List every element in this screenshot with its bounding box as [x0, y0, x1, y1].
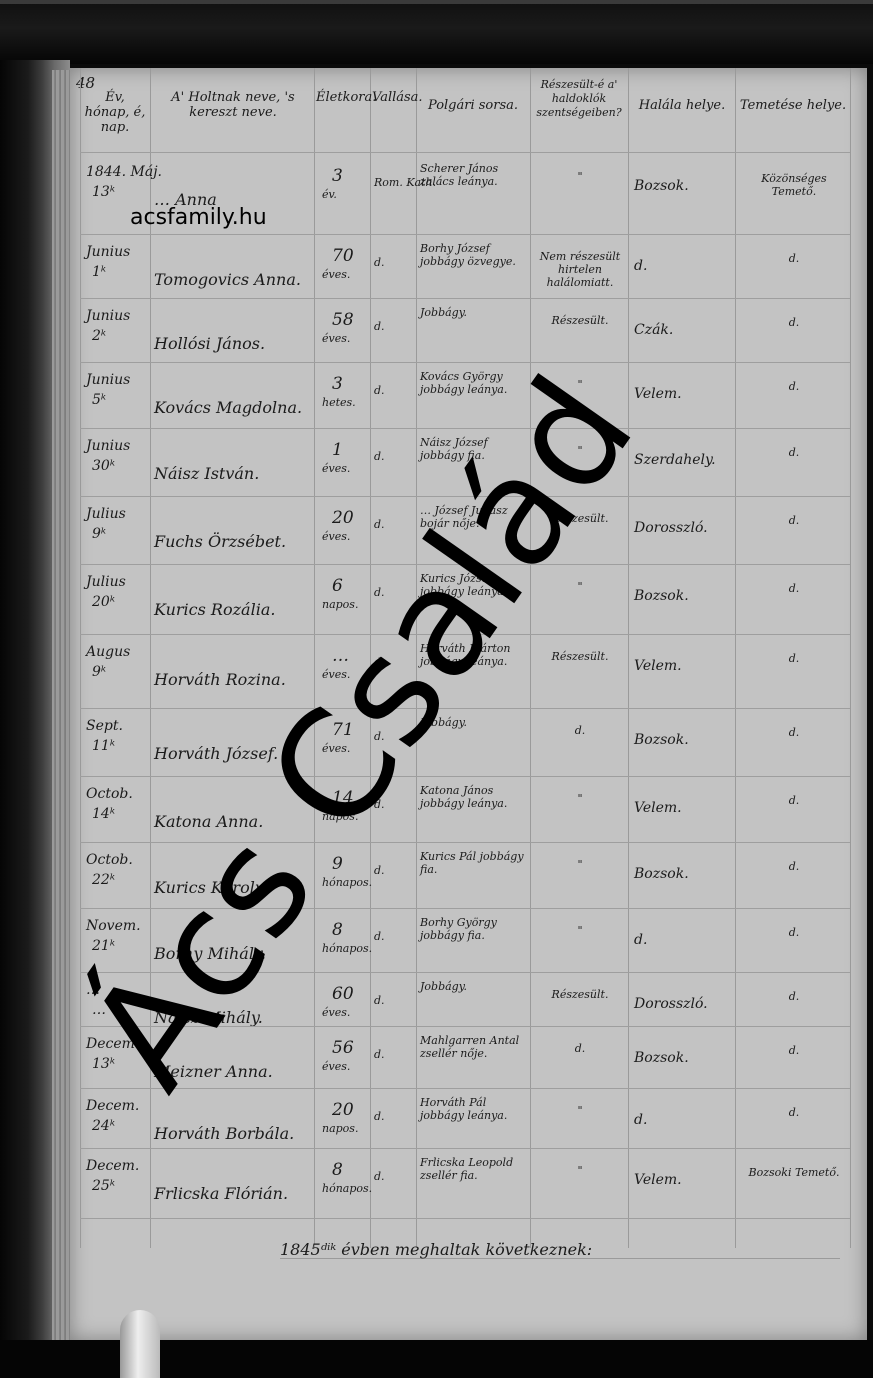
- entry-age-unit: hónapos.: [322, 942, 372, 955]
- column-divider: [628, 68, 629, 1248]
- entry-day: 25ᵏ: [92, 1178, 115, 1194]
- entry-month: Junius: [86, 244, 130, 260]
- entry-age-unit: hónapos.: [322, 1182, 372, 1195]
- entry-age-number: 3: [332, 168, 343, 184]
- row-rule: [80, 362, 850, 363]
- entry-age-unit: éves.: [322, 332, 350, 345]
- entry-death-place: Dorosszló.: [634, 520, 708, 536]
- entry-burial-place: d.: [742, 514, 846, 527]
- entry-sacraments: ": [534, 792, 626, 805]
- entry-death-place: Bozsok.: [634, 178, 689, 194]
- entry-sacraments: ": [534, 924, 626, 937]
- entry-name: Fuchs Örzsébet.: [154, 534, 286, 550]
- entry-death-place: Czák.: [634, 322, 673, 338]
- header-religion: Vallása.: [372, 90, 414, 105]
- entry-day: 13ᵏ: [92, 1056, 115, 1072]
- entry-death-place: Bozsok.: [634, 866, 689, 882]
- header-age: Életkora.: [316, 90, 368, 105]
- entry-name: Kurics Rozália.: [154, 602, 275, 618]
- entry-religion: d.: [374, 450, 385, 463]
- entry-burial-place: d.: [742, 794, 846, 807]
- entry-religion: d.: [374, 1048, 385, 1061]
- entry-status: Katona János jobbágy leánya.: [420, 784, 526, 810]
- entry-death-place: Velem.: [634, 658, 682, 674]
- entry-burial-place: d.: [742, 652, 846, 665]
- entry-death-place: d.: [634, 932, 647, 948]
- header-status: Polgári sorsa.: [418, 98, 528, 113]
- entry-status: Borhy József jobbágy özvegye.: [420, 242, 526, 268]
- entry-age-unit: év.: [322, 188, 337, 201]
- entry-name: Frlicska Flórián.: [154, 1186, 288, 1202]
- watermark-site: acsfamily.hu: [130, 205, 267, 230]
- entry-month: Junius: [86, 372, 130, 388]
- entry-sacraments: Részesült.: [534, 988, 626, 1001]
- column-divider: [530, 68, 531, 1248]
- entry-month: Julius: [86, 506, 126, 522]
- entry-religion: d.: [374, 994, 385, 1007]
- row-rule: [80, 1218, 850, 1219]
- column-divider: [80, 68, 81, 1248]
- entry-day: 14ᵏ: [92, 806, 115, 822]
- entry-death-place: Bozsok.: [634, 588, 689, 604]
- entry-month: 1844. Máj.: [86, 164, 162, 180]
- entry-religion: d.: [374, 1170, 385, 1183]
- entry-religion: d.: [374, 930, 385, 943]
- row-rule: [80, 1148, 850, 1149]
- entry-month: Octob.: [86, 786, 133, 802]
- entry-month: Decem.: [86, 1158, 139, 1174]
- entry-burial-place: Bozsoki Temető.: [742, 1166, 846, 1179]
- header-date: Év, hónap, é, nap.: [82, 90, 148, 135]
- entry-age-number: 8: [332, 1162, 343, 1178]
- entry-death-place: Bozsok.: [634, 1050, 689, 1066]
- entry-death-place: Velem.: [634, 1172, 682, 1188]
- header-name: A' Holtnak neve, 's kereszt neve.: [154, 90, 312, 120]
- entry-status: Scherer János zalács leánya.: [420, 162, 526, 188]
- entry-death-place: Velem.: [634, 800, 682, 816]
- entry-death-place: Bozsok.: [634, 732, 689, 748]
- entry-death-place: d.: [634, 258, 647, 274]
- entry-age-number: 70: [332, 248, 354, 264]
- entry-day: 30ᵏ: [92, 458, 115, 474]
- entry-day: 1ᵏ: [92, 264, 106, 280]
- entry-burial-place: d.: [742, 860, 846, 873]
- column-divider: [850, 68, 851, 1248]
- header-sacraments: Részesült-é a' haldoklók szentségeiben?: [532, 78, 626, 120]
- entry-age-number: 8: [332, 922, 343, 938]
- header-death-place: Halála helye.: [630, 98, 734, 113]
- entry-death-place: Dorosszló.: [634, 996, 708, 1012]
- entry-age-unit: éves.: [322, 268, 350, 281]
- entry-name: Hollósi János.: [154, 336, 265, 352]
- entry-name: Horváth Borbála.: [154, 1126, 294, 1142]
- entry-age-unit: napos.: [322, 1122, 358, 1135]
- entry-burial-place: d.: [742, 316, 846, 329]
- entry-burial-place: Közönséges Temető.: [742, 172, 846, 198]
- scan-background-top: [0, 4, 873, 64]
- entry-burial-place: d.: [742, 1044, 846, 1057]
- entry-sacraments: Részesült.: [534, 314, 626, 327]
- entry-day: 20ᵏ: [92, 594, 115, 610]
- page-edges: [52, 70, 72, 1340]
- entry-age-unit: éves.: [322, 1060, 350, 1073]
- entry-religion: d.: [374, 320, 385, 333]
- entry-religion: d.: [374, 864, 385, 877]
- entry-religion: d.: [374, 384, 385, 397]
- entry-month: Julius: [86, 574, 126, 590]
- entry-sacraments: ": [534, 1104, 626, 1117]
- entry-death-place: d.: [634, 1112, 647, 1128]
- entry-day: 5ᵏ: [92, 392, 106, 408]
- entry-status: Jobbágy.: [420, 306, 526, 319]
- entry-month: Sept.: [86, 718, 123, 734]
- entry-religion: d.: [374, 1110, 385, 1123]
- entry-burial-place: d.: [742, 446, 846, 459]
- entry-sacraments: d.: [534, 1042, 626, 1055]
- entry-status: Borhy György jobbágy fia.: [420, 916, 526, 942]
- entry-age-number: 1: [332, 442, 343, 458]
- entry-day: 13ᵏ: [92, 184, 115, 200]
- entry-religion: d.: [374, 256, 385, 269]
- entry-name: Tomogovics Anna.: [154, 272, 301, 288]
- row-rule: [80, 298, 850, 299]
- row-rule: [80, 234, 850, 235]
- entry-day: 11ᵏ: [92, 738, 115, 754]
- entry-age-number: 6: [332, 578, 343, 594]
- entry-religion: d.: [374, 518, 385, 531]
- entry-age-unit: éves.: [322, 1006, 350, 1019]
- entry-age-unit: hetes.: [322, 396, 356, 409]
- row-rule: [80, 776, 850, 777]
- footer-note: 1845ᵈⁱᵏ évben meghaltak következnek:: [280, 1240, 592, 1259]
- entry-age-number: 58: [332, 312, 354, 328]
- entry-sacraments: ": [534, 858, 626, 871]
- entry-day: 24ᵏ: [92, 1118, 115, 1134]
- entry-sacraments: d.: [534, 724, 626, 737]
- entry-age-number: 3: [332, 376, 343, 392]
- row-rule: [80, 428, 850, 429]
- entry-status: Jobbágy.: [420, 980, 526, 993]
- header-rule: [80, 152, 850, 153]
- entry-burial-place: d.: [742, 1106, 846, 1119]
- entry-burial-place: d.: [742, 990, 846, 1003]
- entry-sacraments: Nem részesült hirtelen halálomiatt.: [534, 250, 626, 289]
- entry-age-unit: éves.: [322, 462, 350, 475]
- entry-burial-place: d.: [742, 380, 846, 393]
- entry-day: 2ᵏ: [92, 328, 106, 344]
- entry-day: 9ᵏ: [92, 526, 106, 542]
- entry-status: Frlicska Leopold zsellér fia.: [420, 1156, 526, 1182]
- entry-sacraments: Részesült.: [534, 650, 626, 663]
- entry-status: Kurics Pál jobbágy fia.: [420, 850, 526, 876]
- entry-month: Augus: [86, 644, 130, 660]
- entry-age-unit: éves.: [322, 530, 350, 543]
- entry-burial-place: d.: [742, 582, 846, 595]
- entry-sacraments: ": [534, 170, 626, 183]
- entry-burial-place: d.: [742, 252, 846, 265]
- entry-name: Horváth Rozina.: [154, 672, 286, 688]
- page-clip: [120, 1310, 160, 1378]
- entry-age-number: 60: [332, 986, 354, 1002]
- entry-age-number: 56: [332, 1040, 354, 1056]
- entry-status: Mahlgarren Antal zsellér nője.: [420, 1034, 526, 1060]
- entry-death-place: Velem.: [634, 386, 682, 402]
- entry-name: Náisz István.: [154, 466, 259, 482]
- entry-status: Horváth Pál jobbágy leánya.: [420, 1096, 526, 1122]
- entry-month: Junius: [86, 308, 130, 324]
- entry-month: Octob.: [86, 852, 133, 868]
- entry-month: Decem.: [86, 1098, 139, 1114]
- header-burial-place: Temetése helye.: [737, 98, 849, 113]
- entry-burial-place: d.: [742, 726, 846, 739]
- entry-age-number: 20: [332, 1102, 354, 1118]
- entry-day: 22ᵏ: [92, 872, 115, 888]
- entry-sacraments: ": [534, 1164, 626, 1177]
- entry-age-number: 20: [332, 510, 354, 526]
- entry-name: Kovács Magdolna.: [154, 400, 302, 416]
- entry-month: Junius: [86, 438, 130, 454]
- column-divider: [735, 68, 736, 1248]
- entry-day: 9ᵏ: [92, 664, 106, 680]
- entry-burial-place: d.: [742, 926, 846, 939]
